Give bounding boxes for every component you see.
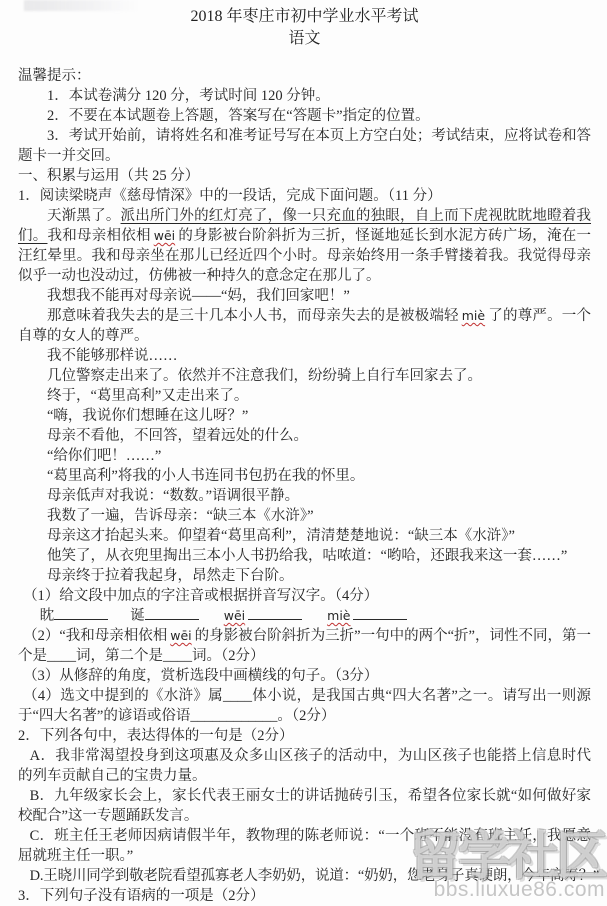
pinyin-blanks-row: 眈诞wēimiè [18, 606, 591, 626]
answer-blank [353, 615, 407, 620]
answer-blank [54, 615, 108, 620]
sub-question-3: （3）从修辞的角度，赏析选段中画横线的句子。（3分） [18, 666, 591, 686]
blank-char-dan: 眈 [40, 608, 55, 624]
blank-group-mie: miè [324, 608, 407, 624]
passage-paragraph-4: 我不能够那样说…… [18, 346, 591, 366]
pinyin-wei: wēi [221, 608, 248, 623]
exam-paper-page: 2018 年枣庄市初中学业水平考试 语文 温馨提示： 1．本试卷满分 120 分… [0, 0, 607, 906]
passage-paragraph-9: “给你们吧！……” [18, 446, 591, 466]
notice-item-2: 2．不要在本试题卷上答题，答案写在“答题卡”指定的位置。 [18, 106, 591, 126]
blank-group-dan: 眈 [40, 608, 109, 624]
passage-paragraph-5: 几位警察走出来了。依然并不注意我们，纷纷骑上自行车回家去了。 [18, 366, 591, 386]
faint-watermark-remnant [24, 0, 140, 11]
passage-paragraph-14: 他笑了，从衣兜里掏出三本小人书扔给我，咕哝道：“哟哈，还跟我来这一套……” [18, 546, 591, 566]
passage-paragraph-8: 母亲不看他，不回答，望着远处的什么。 [18, 426, 591, 446]
pinyin-mie: miè [459, 308, 488, 323]
passage-paragraph-6: 终于，“葛里高利”又走出来了。 [18, 386, 591, 406]
passage-text: 我和母亲相依相 [48, 228, 151, 244]
reading-passage: 天渐黑了。派出所门外的红灯亮了，像一只充血的独眼，自上而下虎视眈眈地瞪着我们。我… [18, 206, 591, 586]
answer-blank [145, 615, 199, 620]
exam-subject: 语文 [18, 28, 591, 50]
section-1-heading: 一、积累与运用（共 25 分） [18, 166, 591, 186]
pinyin-wei: wēi [151, 228, 178, 243]
notice-item-3: 3．考试开始前，请将姓名和准考证号写在本页上方空白处；考试结束，应将试卷和答题卡… [18, 126, 591, 166]
exam-header: 2018 年枣庄市初中学业水平考试 语文 [18, 6, 591, 50]
option-d: D.王晓川同学到敬老院看望孤寡老人李奶奶，说道：“奶奶，您老身子真硬朗，今年高寿… [18, 866, 591, 886]
passage-paragraph-12: 我数了一遍，告诉母亲：“缺三本《水浒》” [18, 506, 591, 526]
sub-question-1: （1）给文段中加点的字注音或根据拼音写汉字。（4分） [18, 586, 591, 606]
question-3-stem: 3．下列句子没有语病的一项是（2分） [18, 886, 591, 906]
passage-paragraph-1: 天渐黑了。派出所门外的红灯亮了，像一只充血的独眼，自上而下虎视眈眈地瞪着我们。我… [18, 206, 591, 286]
notice-heading: 温馨提示： [18, 66, 591, 86]
blank-char-dan2: 诞 [130, 608, 145, 624]
question-1-intro: 1．阅读梁晓声《慈母情深》中的一段话，完成下面问题。（11 分） [18, 186, 591, 206]
exam-content: 2018 年枣庄市初中学业水平考试 语文 温馨提示： 1．本试卷满分 120 分… [0, 0, 607, 906]
passage-paragraph-11: 母亲低声对我说：“数数。”语调很平静。 [18, 486, 591, 506]
blank-group-dan2: 诞 [130, 608, 199, 624]
passage-text: 那意味着我失去的是三十几本小人书，而母亲失去的是被极端轻 [47, 308, 459, 324]
option-b: B．九年级家长会上，家长代表王丽女士的讲话抛砖引玉，希望各位家长就“如何做好家校… [18, 786, 591, 826]
answer-blank [248, 615, 302, 620]
question-2-stem: 2．下列各句中，表达得体的一句是（2分） [18, 726, 591, 746]
pinyin-mie: miè [324, 608, 353, 623]
passage-paragraph-7: “嗨，我说你们想睡在这儿呀？” [18, 406, 591, 426]
passage-paragraph-13: 母亲这才抬起头来。仰望着“葛里高利”，清清楚楚地说：“缺三本《水浒》” [18, 526, 591, 546]
passage-paragraph-10: “葛里高利”将我的小人书连同书包扔在我的怀里。 [18, 466, 591, 486]
passage-paragraph-2: 我想我不能再对母亲说——“妈，我们回家吧！” [18, 286, 591, 306]
passage-text: 天渐黑了。 [47, 208, 121, 224]
sub-question-2-text: （2）“我和母亲相依相 [23, 628, 167, 644]
sub-question-4: （4）选文中提到的《水浒》属____体小说，是我国古典“四大名著”之一。请写出一… [18, 686, 591, 726]
option-a: A．我非常渴望投身到这项惠及众多山区孩子的活动中，为山区孩子也能搭上信息时代的列… [18, 746, 591, 786]
option-c: C．班主任王老师因病请假半年，教物理的陈老师说：“一个班不能没有班主任，我愿意屈… [18, 826, 591, 866]
pinyin-wei: wēi [167, 628, 194, 643]
notice-item-1: 1．本试卷满分 120 分，考试时间 120 分钟。 [18, 86, 591, 106]
sub-question-2: （2）“我和母亲相依相wēi的身影被台阶斜折为三折”一句中的两个“折”，词性不同… [18, 626, 591, 666]
passage-paragraph-15: 母亲终于拉着我起身，昂然走下台阶。 [18, 566, 591, 586]
passage-paragraph-3: 那意味着我失去的是三十几本小人书，而母亲失去的是被极端轻miè了的尊严。一个自尊… [18, 306, 591, 346]
blank-group-wei: wēi [221, 608, 302, 624]
